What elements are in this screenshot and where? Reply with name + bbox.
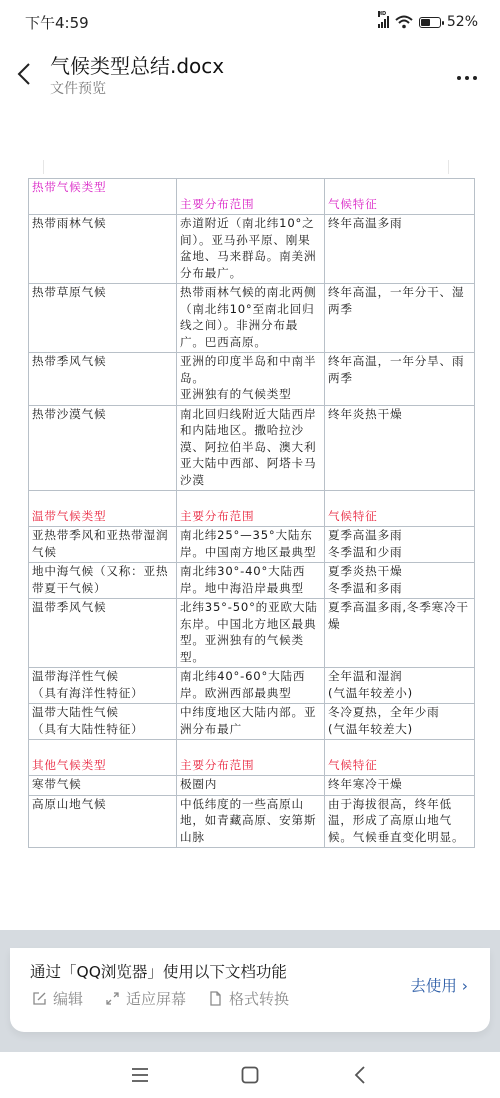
table-row: 温带海洋性气候 （具有海洋性特征）南北纬40°-60°大陆西岸。欧洲西部最典型全… [29,668,475,704]
wifi-icon [395,15,413,29]
table-cell: 亚热带季风和亚热带湿润气候 [29,527,177,563]
table-cell: 夏季炎热干燥 冬季温和多雨 [325,563,475,599]
table-cell: 夏季高温多雨 冬季温和少雨 [325,527,475,563]
menu-button[interactable] [129,1064,151,1086]
table-cell: 温带海洋性气候 （具有海洋性特征） [29,668,177,704]
go-use-button[interactable]: 去使用 › [410,974,468,996]
table-cell: 热带沙漠气候 [29,405,177,491]
table-cell: 气候特征 [325,491,475,527]
table-cell: 中低纬度的一些高原山地，如青藏高原、安第斯山脉 [177,795,325,848]
table-cell: 极圈内 [177,776,325,796]
qq-browser-promo: 通过「QQ浏览器」使用以下文档功能 编辑 适应屏幕 格式转换 去使用 › [10,948,490,1032]
table-cell: 其他气候类型 [29,740,177,776]
table-row: 热带沙漠气候南北回归线附近大陆西岸和内陆地区。撒哈拉沙漠、阿拉伯半岛、澳大利亚大… [29,405,475,491]
page-corner-mark [448,160,462,174]
table-cell: 中纬度地区大陆内部。亚洲分布最广 [177,704,325,740]
promo-features: 编辑 适应屏幕 格式转换 [32,988,289,1009]
table-cell: 温带季风气候 [29,599,177,668]
table-cell: 气候特征 [325,740,475,776]
table-cell: 高原山地气候 [29,795,177,848]
table-row: 热带雨林气候赤道附近（南北纬10°之间）。亚马孙平原、刚果盆地、马来群岛。南美洲… [29,215,475,284]
table-row: 寒带气候极圈内终年寒冷干燥 [29,776,475,796]
more-horizontal-icon [456,75,478,81]
document-title: 气候类型总结.docx [50,50,224,79]
table-cell: 南北纬25°—35°大陆东岸。中国南方地区最典型 [177,527,325,563]
table-cell: 终年高温，一年分旱、雨两季 [325,353,475,406]
table-cell: 热带气候类型 [29,179,177,215]
feature-edit[interactable]: 编辑 [32,988,83,1009]
table-cell: 气候特征 [325,179,475,215]
signal-icon: HD [378,16,389,28]
table-cell: 夏季高温多雨,冬季寒冷干燥 [325,599,475,668]
climate-table: 热带气候类型 主要分布范围 气候特征热带雨林气候赤道附近（南北纬10°之间）。亚… [28,178,475,848]
table-cell: 全年温和湿润 (气温年较差小) [325,668,475,704]
table-row: 温带季风气候北纬35°-50°的亚欧大陆东岸。中国北方地区最典型。亚洲独有的气候… [29,599,475,668]
table-cell: 温带气候类型 [29,491,177,527]
table-cell: 终年寒冷干燥 [325,776,475,796]
home-icon [241,1066,259,1084]
page-corner-mark [30,160,44,174]
fit-screen-icon [105,991,120,1006]
table-cell: 终年高温，一年分干、湿两季 [325,284,475,353]
menu-icon [131,1067,149,1083]
status-icons: HD 52% [378,14,478,30]
edit-icon [32,991,47,1006]
table-row: 高原山地气候中低纬度的一些高原山地，如青藏高原、安第斯山脉由于海拔很高，终年低温… [29,795,475,848]
document-subtitle: 文件预览 [50,78,106,98]
table-section-header: 温带气候类型 主要分布范围 气候特征 [29,491,475,527]
table-cell: 南北纬30°-40°大陆西岸。地中海沿岸最典型 [177,563,325,599]
back-icon [354,1065,366,1085]
table-cell: 主要分布范围 [177,179,325,215]
battery-percent: 52% [447,14,478,30]
table-cell: 终年炎热干燥 [325,405,475,491]
table-cell: 主要分布范围 [177,491,325,527]
table-cell: 主要分布范围 [177,740,325,776]
table-cell: 热带季风气候 [29,353,177,406]
table-cell: 由于海拔很高，终年低温，形成了高原山地气候。气候垂直变化明显。 [325,795,475,848]
table-cell: 终年高温多雨 [325,215,475,284]
table-row: 热带季风气候亚洲的印度半岛和中南半岛。 亚洲独有的气候类型终年高温，一年分旱、雨… [29,353,475,406]
file-icon [208,991,223,1006]
chevron-left-icon [17,62,31,86]
table-cell: 南北纬40°-60°大陆西岸。欧洲西部最典型 [177,668,325,704]
feature-format-convert[interactable]: 格式转换 [208,988,289,1009]
battery-icon [419,17,441,28]
table-cell: 地中海气候（又称：亚热带夏干气候） [29,563,177,599]
table-section-header: 热带气候类型 主要分布范围 气候特征 [29,179,475,215]
status-time: 下午4:59 [25,12,89,33]
table-row: 温带大陆性气候 （具有大陆性特征）中纬度地区大陆内部。亚洲分布最广冬冷夏热，全年… [29,704,475,740]
home-button[interactable] [239,1064,261,1086]
table-cell: 北纬35°-50°的亚欧大陆东岸。中国北方地区最典型。亚洲独有的气候类型。 [177,599,325,668]
system-nav-bar [0,1052,500,1098]
app-header: 气候类型总结.docx 文件预览 [0,46,500,102]
table-cell: 亚洲的印度半岛和中南半岛。 亚洲独有的气候类型 [177,353,325,406]
table-cell: 热带雨林气候 [29,215,177,284]
feature-label: 格式转换 [229,988,289,1009]
promo-text: 通过「QQ浏览器」使用以下文档功能 [30,960,287,982]
table-row: 热带草原气候热带雨林气候的南北两侧（南北纬10°至南北回归线之间）。非洲分布最广… [29,284,475,353]
more-button[interactable] [456,62,478,86]
feature-fit-screen[interactable]: 适应屏幕 [105,988,186,1009]
table-cell: 寒带气候 [29,776,177,796]
table-cell: 热带草原气候 [29,284,177,353]
table-section-header: 其他气候类型 主要分布范围 气候特征 [29,740,475,776]
table-row: 亚热带季风和亚热带湿润气候南北纬25°—35°大陆东岸。中国南方地区最典型夏季高… [29,527,475,563]
system-back-button[interactable] [349,1064,371,1086]
feature-label: 适应屏幕 [126,988,186,1009]
table-cell: 赤道附近（南北纬10°之间）。亚马孙平原、刚果盆地、马来群岛。南美洲分布最广。 [177,215,325,284]
table-row: 地中海气候（又称：亚热带夏干气候）南北纬30°-40°大陆西岸。地中海沿岸最典型… [29,563,475,599]
table-cell: 温带大陆性气候 （具有大陆性特征） [29,704,177,740]
back-button[interactable] [14,60,34,88]
table-cell: 热带雨林气候的南北两侧（南北纬10°至南北回归线之间）。非洲分布最广。巴西高原。 [177,284,325,353]
feature-label: 编辑 [53,988,83,1009]
table-cell: 南北回归线附近大陆西岸和内陆地区。撒哈拉沙漠、阿拉伯半岛、澳大利亚大陆中西部、阿… [177,405,325,491]
table-cell: 冬冷夏热，全年少雨 (气温年较差大) [325,704,475,740]
status-bar: 下午4:59 HD 52% [0,0,500,44]
